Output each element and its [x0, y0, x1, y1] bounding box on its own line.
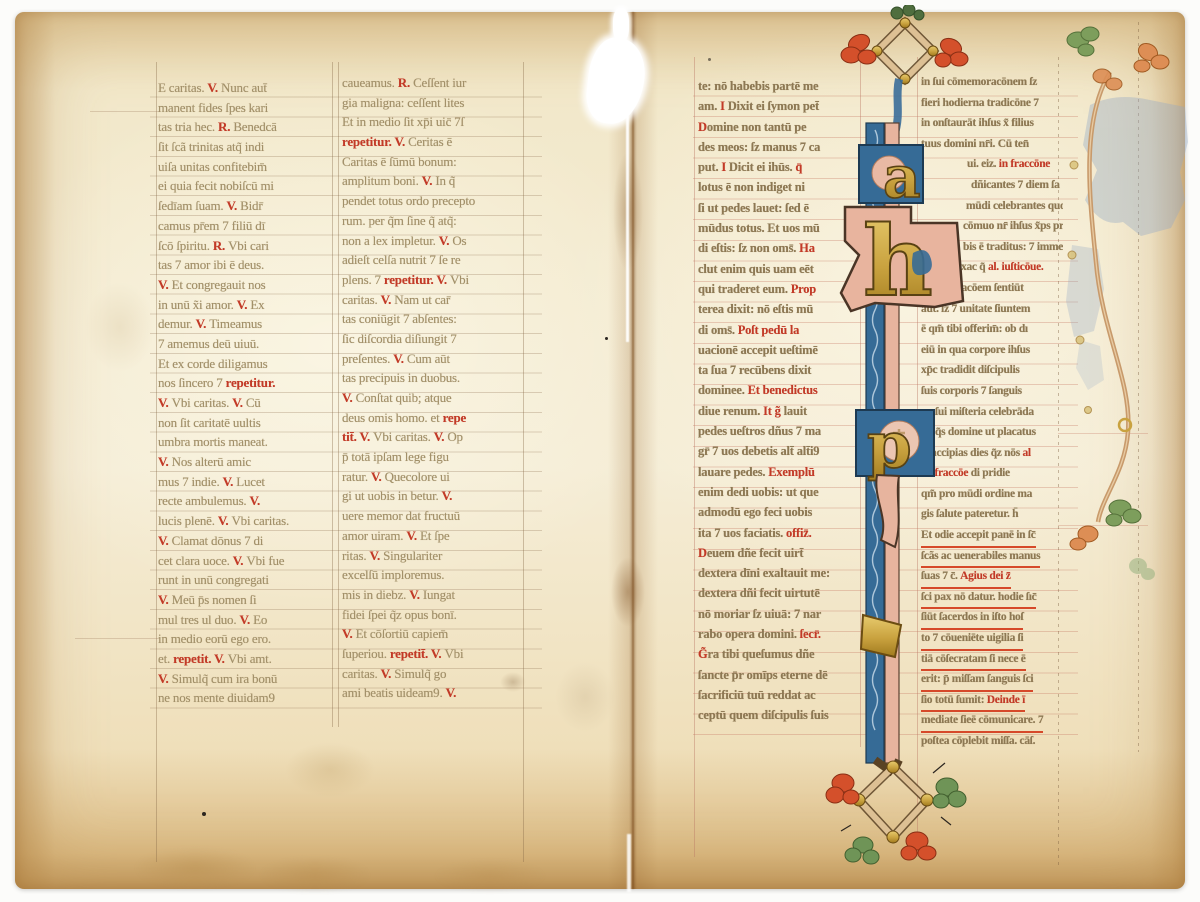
ink-speck [202, 812, 206, 816]
rubric-text: V. [239, 612, 253, 627]
leaf-green-top [891, 5, 924, 20]
ink-text: Dicit ei ihūs. [729, 160, 795, 174]
manuscript-text-line: deus omis homo. et repe [342, 408, 526, 428]
ink-text: uere memor dat fructuū [342, 508, 460, 523]
manuscript-text-line: caritas. V. Simulq̃ go [342, 664, 526, 684]
ink-text: ei quia fecit nobiſcū mi [158, 178, 274, 193]
rubric-text: V. [406, 528, 420, 543]
ink-text: tas precipuis in duobus. [342, 370, 460, 385]
ink-text: camus pr̄em 7 filiū dī [158, 218, 265, 233]
ink-text: Vbi caritas. [172, 395, 233, 410]
ink-text: Cum aūt [407, 351, 450, 366]
ink-text: enim dedi uobis: ut que [698, 485, 818, 499]
manuscript-text-line: ritas. V. Singulariter [342, 546, 526, 566]
ink-text: caueamus. [342, 75, 398, 90]
manuscript-text-line: non ſit caritatē uultis [158, 413, 334, 433]
ink-text: pendet totus ordo precepto [342, 193, 475, 208]
manuscript-text-line: amplitum boni. V. In q̃ [342, 171, 526, 191]
manuscript-text-line: manent fides ſpes kari [158, 98, 334, 118]
ink-text: diue renum. [698, 404, 763, 418]
ink-text: plens. 7 [342, 272, 384, 287]
ink-text: ſacrificiū tuū reddat ac [698, 688, 816, 702]
ink-text: gi ut uobis in betur. [342, 488, 442, 503]
rubric-text: V. [393, 351, 407, 366]
rubric-text: V. [422, 173, 436, 188]
ink-text: Vbi [450, 272, 469, 287]
manuscript-text-line: mis in diebz. V. Iungat [342, 585, 526, 605]
ink-text: ſcō ſpiritu. [158, 238, 213, 253]
ink-text: Cū [246, 395, 261, 410]
parchment-stain [260, 857, 370, 893]
rubric-text: repetitur. V. [342, 134, 408, 149]
manuscript-text-line: tas coniūgit 7 abſentes: [342, 309, 526, 329]
manuscript-text-line: ami beatis uideam9. V. [342, 683, 526, 703]
tear-streak-bottom [627, 834, 631, 892]
manuscript-text-line: gi ut uobis in betur. V. [342, 486, 526, 506]
manuscript-text-line: 7 amemus deū uiuū. [158, 334, 334, 354]
ink-text: Et in medio ſit xp̄i uic̄ 7ſ [342, 114, 464, 129]
manuscript-text-line: umbra mortis maneat. [158, 432, 334, 452]
manuscript-text-line: E caritas. V. Nunc aut̄ [158, 78, 334, 98]
rubric-text: Poſt pedū la [738, 323, 800, 337]
ink-text: ta ſua 7 recūbens dixit [698, 363, 811, 377]
rubric-text: V. [439, 233, 453, 248]
manuscript-text-line: nos ſincero 7 repetitur. [158, 373, 334, 393]
ink-text: umbra mortis maneat. [158, 434, 268, 449]
rubric-text: R. [213, 238, 228, 253]
ink-text: preſentes. [342, 351, 393, 366]
ink-text: Vbi [444, 646, 463, 661]
ink-text: dextera dīni exaltauit me: [698, 566, 830, 580]
manuscript-text-line: ratur. V. Quecolore ui [342, 467, 526, 487]
ink-text: Singulariter [383, 548, 442, 563]
ink-text: Bidr̄ [240, 198, 262, 213]
rubric-text: offiz̄. [786, 526, 812, 540]
scanned-manuscript-photo: E caritas. V. Nunc aut̄manent fides ſpes… [0, 0, 1200, 902]
manuscript-text-line: demur. V. Timeamus [158, 314, 334, 334]
ink-text: qui traderet eum. [698, 282, 791, 296]
manuscript-text-line: lucis plenē. V. Vbi caritas. [158, 511, 334, 531]
rubric-text: V. [158, 277, 172, 292]
ink-text: di eſtis: ſz non oms̄. [698, 241, 799, 255]
rubric-text: repetitur. V. [384, 272, 450, 287]
ink-text: deus omis homo. et [342, 410, 443, 425]
manuscript-text-line: excelſū imploremus. [342, 565, 526, 585]
ink-text: terea dixit: nō eſtis mū [698, 302, 813, 316]
manuscript-text-line: camus pr̄em 7 filiū dī [158, 216, 334, 236]
ink-text: lauare pedes. [698, 465, 768, 479]
rubric-text: Exemplū [768, 465, 815, 479]
manuscript-text-line: tas tria hec. R. Benedcā [158, 117, 334, 137]
tear-streak [626, 116, 629, 342]
rubric-text: V. [342, 390, 356, 405]
ink-text: lucis plenē. [158, 513, 218, 528]
ink-text: in unū x̃i amor. [158, 297, 237, 312]
ink-text: dextera dñi fecit uirtutē [698, 586, 820, 600]
ink-text: runt in unū congregati [158, 572, 269, 587]
ink-text: excelſū imploremus. [342, 567, 444, 582]
manuscript-text-line: ne nos mente diuidam9 [158, 688, 334, 708]
rubric-text: D [698, 546, 707, 560]
ink-text: gr̄ 7 uos debetis alt̄ alt̄i9 [698, 444, 819, 458]
trefoil-orange-bottomright [901, 832, 936, 860]
manuscript-text-line: cet clara uoce. V. Vbi fue [158, 551, 334, 571]
ink-text: Nos alterū amic [172, 454, 251, 469]
rubric-text: V. [196, 316, 210, 331]
manuscript-text-line: gia maligna: ceſſent lites [342, 93, 526, 113]
ink-text: Vbi caritas. [373, 429, 434, 444]
tear-hole-top [613, 8, 629, 42]
ink-text: recte ambulemus. [158, 493, 250, 508]
manuscript-text-line: tit̄. V. Vbi caritas. V. Op [342, 427, 526, 447]
ink-text: Lucet [236, 474, 265, 489]
ink-text: clut enim quis uam eēt [698, 262, 814, 276]
manuscript-text-line: V. Clamat dōnus 7 di [158, 531, 334, 551]
rubric-text: tit̄. V. [342, 429, 373, 444]
ink-text: tas tria hec. [158, 119, 218, 134]
ink-text: dominee. [698, 383, 748, 397]
initial-a: a [859, 143, 923, 211]
ink-text: nos ſincero 7 [158, 375, 226, 390]
ink-text: ritas. [342, 548, 369, 563]
ink-text: mūdus totus. Et uos mū [698, 221, 820, 235]
rubric-text: q̄ [795, 160, 802, 174]
text-column-left-1: E caritas. V. Nunc aut̄manent fides ſpes… [158, 78, 334, 708]
ink-text: Eo [253, 612, 267, 627]
rubric-text: I [721, 160, 729, 174]
bottom-finial [826, 760, 966, 864]
rubric-text: V. [342, 626, 356, 641]
parchment-stain [85, 282, 155, 372]
manuscript-text-line: V. Vbi caritas. V. Cū [158, 393, 334, 413]
manuscript-text-line: ſic diſcordia diſiungit 7 [342, 329, 526, 349]
rubric-text: Ha [799, 241, 815, 255]
manuscript-text-line: ei quia fecit nobiſcū mi [158, 176, 334, 196]
ink-text: pedes ueſtros dñus 7 ma [698, 424, 821, 438]
ink-text: am. [698, 99, 720, 113]
rubric-text: V. [158, 454, 172, 469]
ink-text: manent fides ſpes kari [158, 100, 268, 115]
manuscript-text-line: V. Nos alterū amic [158, 452, 334, 472]
ink-text: Os [452, 233, 466, 248]
ink-text: Quecolore ui [385, 469, 450, 484]
rubric-text: repetitur. [226, 375, 276, 390]
ink-text: Nunc aut̄ [221, 80, 267, 95]
manuscript-text-line: uere memor dat fructuū [342, 506, 526, 526]
ink-text: nō moriar ſz uiuā: 7 nar [698, 607, 821, 621]
vine-leaf-orange-low [1070, 526, 1098, 550]
manuscript-text-line: repetitur. V. Ceritas ē [342, 132, 526, 152]
manuscript-text-line: p̄ totā ipſam lege figu [342, 447, 526, 467]
ink-text: Vbi amt. [228, 651, 272, 666]
ink-text: Benedcā [233, 119, 276, 134]
rubric-text: It g̃ [763, 404, 784, 418]
rubric-text: V. [158, 592, 172, 607]
ink-text: euem dñe fecit uirt̄ [707, 546, 804, 560]
ink-text: Vbi fue [246, 553, 284, 568]
manuscript-text-line: rum. per q̃m ſine q̃ atq̃: [342, 211, 526, 231]
manuscript-text-line: Et in medio ſit xp̄i uic̄ 7ſ [342, 112, 526, 132]
ink-text: non ſit caritatē uultis [158, 415, 261, 430]
manuscript-text-line: recte ambulemus. V. [158, 491, 334, 511]
vine-leaf-orange-ne [1134, 40, 1169, 72]
rubric-text: V. [158, 671, 172, 686]
ink-text: ſuperiou. [342, 646, 390, 661]
margin-vine [1030, 10, 1200, 600]
parchment-stain [285, 742, 375, 797]
ink-text: ſi ut pedes lauet: ſed ē [698, 201, 809, 215]
rubric-text: V. [233, 553, 247, 568]
ruling-extension [90, 111, 160, 112]
ink-text: omine non tantū pe [707, 120, 807, 134]
ruling-vertical [338, 62, 339, 727]
ink-text: Timeamus [209, 316, 262, 331]
ink-text: Dixit ei ſymon pet̄ [728, 99, 819, 113]
manuscript-text-line: runt in unū congregati [158, 570, 334, 590]
svg-text:a: a [883, 143, 921, 211]
rubric-text: V. [232, 395, 246, 410]
ink-text: caritas. [342, 292, 381, 307]
manuscript-text-line: ſcō ſpiritu. R. Vbi cari [158, 236, 334, 256]
manuscript-text-line: Caritas ē ſūmū bonum: [342, 152, 526, 172]
rubric-text: I [720, 99, 728, 113]
rubric-text: Prop [791, 282, 816, 296]
ink-text: Simulq̃ cum ira bonū [172, 671, 278, 686]
ink-text: 7 amemus deū uiuū. [158, 336, 259, 351]
top-finial [841, 5, 968, 133]
ink-text: lotus ē non indiget ni [698, 180, 805, 194]
manuscript-text-line: tas 7 amor ibi ē deus. [158, 255, 334, 275]
vine-leaf-green-low [1106, 500, 1141, 526]
ink-text: amplitum boni. [342, 173, 422, 188]
ink-text: Iungat [423, 587, 455, 602]
illuminated-bar: a h p [815, 5, 1015, 885]
manuscript-text-line: V. Simulq̃ cum ira bonū [158, 669, 334, 689]
ink-text: ratur. [342, 469, 371, 484]
manuscript-text-line: ſedīam ſuam. V. Bidr̄ [158, 196, 334, 216]
rubric-text: V. [409, 587, 423, 602]
manuscript-text-line: pendet totus ordo precepto [342, 191, 526, 211]
ink-text: ſedīam ſuam. [158, 198, 227, 213]
manuscript-text-line: uiſa unitas confitebim̄ [158, 157, 334, 177]
ink-text: ami beatis uideam9. [342, 685, 446, 700]
ink-text: uiſa unitas confitebim̄ [158, 159, 267, 174]
rubric-text: D [698, 120, 707, 134]
ink-text: In q̃ [435, 173, 455, 188]
fold-line [632, 12, 634, 889]
vine-leaf-green-faint [1129, 558, 1155, 580]
svg-text:p: p [867, 408, 912, 483]
bifolium-parchment: E caritas. V. Nunc aut̄manent fides ſpes… [15, 12, 1185, 889]
manuscript-text-line: V. Meū p̄s nomen ſi [158, 590, 334, 610]
rubric-text: repetit. V. [173, 651, 228, 666]
rubric-text: V. [381, 666, 395, 681]
ink-text: Et ex corde diligamus [158, 356, 268, 371]
manuscript-text-line: ſuperiou. repetit̄. V. Vbi [342, 644, 526, 664]
rubric-text: V. [227, 198, 241, 213]
ink-text: Simulq̃ go [394, 666, 446, 681]
manuscript-text-line: fidei ſpei q̃z opus bonī. [342, 605, 526, 625]
ink-text: ita 7 uos faciatis. [698, 526, 786, 540]
manuscript-text-line: ſit ſcã trinitas atq̃ indi [158, 137, 334, 157]
rubric-text: V. [434, 429, 448, 444]
ink-text: Vbi cari [228, 238, 269, 253]
ink-text: rabo opera domini. [698, 627, 800, 641]
manuscript-text-line: et. repetit. V. Vbi amt. [158, 649, 334, 669]
manuscript-text-line: mul tres ul duo. V. Eo [158, 610, 334, 630]
ink-text: tas 7 amor ibi ē deus. [158, 257, 264, 272]
vine-leaf-orange-mid [1093, 69, 1122, 90]
ink-text: Op [447, 429, 463, 444]
ink-text: put. [698, 160, 721, 174]
ink-text: des meos: ſz manus 7 ca [698, 140, 820, 154]
ruling-vertical [694, 57, 695, 857]
rubric-text: R. [218, 119, 233, 134]
ink-text: Ceritas ē [408, 134, 452, 149]
manuscript-text-line: in unū x̃i amor. V. Ex [158, 295, 334, 315]
ink-text: Et cōſortiū capiem̄ [356, 626, 448, 641]
rubric-text: V. [250, 493, 261, 508]
rubric-text: repetit̄. V. [390, 646, 445, 661]
ink-text: in medio eorū ego ero. [158, 631, 271, 646]
manuscript-text-line: in medio eorū ego ero. [158, 629, 334, 649]
rubric-text: V. [381, 292, 395, 307]
ink-text: adieſt celſa nutrit 7 ſe re [342, 252, 460, 267]
manuscript-text-line: caueamus. R. Ceſſent iur [342, 73, 526, 93]
manuscript-text-line: mus 7 indie. V. Lucet [158, 472, 334, 492]
ink-text: te: nō habebis partē me [698, 79, 818, 93]
initial-h: h [841, 205, 963, 318]
trefoil-green-bottomleft [845, 837, 879, 864]
left-leaf-edge-shading [15, 12, 55, 889]
ink-text: Caritas ē ſūmū bonum: [342, 154, 457, 169]
manuscript-text-line: tas precipuis in duobus. [342, 368, 526, 388]
ink-text: ſancte p̄r omīps eterne dē [698, 668, 827, 682]
ink-text: ra tibi queſumus dñe [708, 647, 815, 661]
text-column-left-2: caueamus. R. Ceſſent iurgia maligna: ceſ… [342, 73, 526, 703]
trefoil-red-right [935, 35, 968, 67]
ink-text: lauit [784, 404, 807, 418]
ink-text: fidei ſpei q̃z opus bonī. [342, 607, 457, 622]
trefoil-red-left [841, 31, 876, 64]
ink-speck [708, 58, 711, 61]
manuscript-text-line: V. Et cōſortiū capiem̄ [342, 624, 526, 644]
parchment-stain [555, 662, 615, 732]
rubric-text: V. [223, 474, 237, 489]
manuscript-text-line: preſentes. V. Cum aūt [342, 349, 526, 369]
rubric-text: V. [158, 395, 172, 410]
vine-leaf-green-top [1067, 27, 1099, 56]
ink-text: rum. per q̃m ſine q̃ atq̃: [342, 213, 457, 228]
parchment-stain [135, 847, 255, 889]
manuscript-text-line: V. Et congregauit nos [158, 275, 334, 295]
ink-text: demur. [158, 316, 196, 331]
ink-text: ſic diſcordia diſiungit 7 [342, 331, 457, 346]
ink-text: mis in diebz. [342, 587, 409, 602]
ink-text: Meū p̄s nomen ſi [172, 592, 257, 607]
manuscript-text-line: caritas. V. Nam ut car̄ [342, 290, 526, 310]
rubric-text: V. [218, 513, 232, 528]
parchment-stain [435, 860, 545, 892]
rubric-text: V. [446, 685, 457, 700]
ink-text: ſit ſcã trinitas atq̃ indi [158, 139, 264, 154]
trefoil-green-right [933, 778, 966, 808]
rubric-text: Et benedictus [748, 383, 818, 397]
ink-text: gia maligna: ceſſent lites [342, 95, 464, 110]
rubric-text: R. [398, 75, 413, 90]
manuscript-text-line: plens. 7 repetitur. V. Vbi [342, 270, 526, 290]
ink-text: Ceſſent iur [413, 75, 466, 90]
rubric-text: G̃ [698, 647, 708, 661]
ink-text: et. [158, 651, 173, 666]
ink-text: caritas. [342, 666, 381, 681]
ink-text: Et congregauit nos [172, 277, 266, 292]
manuscript-text-line: adieſt celſa nutrit 7 ſe re [342, 250, 526, 270]
ink-text: tas coniūgit 7 abſentes: [342, 311, 457, 326]
ink-text: mus 7 indie. [158, 474, 223, 489]
ink-text: Conſtat quib; atque [356, 390, 452, 405]
ink-text: cet clara uoce. [158, 553, 233, 568]
rubric-text: repe [443, 410, 467, 425]
ink-text: mul tres ul duo. [158, 612, 239, 627]
rubric-text: V. [207, 80, 221, 95]
ink-text: Nam ut car̄ [394, 292, 450, 307]
manuscript-text-line: non a lex impletur. V. Os [342, 231, 526, 251]
rubric-text: V. [369, 548, 383, 563]
manuscript-text-line: Et ex corde diligamus [158, 354, 334, 374]
ink-text: ne nos mente diuidam9 [158, 690, 275, 705]
trefoil-orange-left [826, 774, 859, 804]
vine-ghost-blue [1066, 97, 1188, 390]
ink-text: Et ſpe [420, 528, 450, 543]
manuscript-text-line: V. Conſtat quib; atque [342, 388, 526, 408]
ruling-extension [75, 638, 160, 639]
ink-text: E caritas. [158, 80, 207, 95]
rubric-text: V. [237, 297, 251, 312]
ink-text: admodū ego feci uobis [698, 505, 812, 519]
manuscript-text-line: amor uiram. V. Et ſpe [342, 526, 526, 546]
ink-text: ceptū quem diſcipulis ſuis [698, 708, 829, 722]
ink-text: di oms̄. [698, 323, 738, 337]
ink-text: Ex [250, 297, 264, 312]
ruling-vertical [156, 62, 157, 862]
ink-text: non a lex impletur. [342, 233, 439, 248]
ink-text: p̄ totā ipſam lege figu [342, 449, 449, 464]
rubric-text: V. [442, 488, 453, 503]
rubric-text: V. [371, 469, 385, 484]
ink-text: amor uiram. [342, 528, 406, 543]
rubric-text: V. [158, 533, 172, 548]
ink-text: Clamat dōnus 7 di [172, 533, 264, 548]
ink-text: Vbi caritas. [231, 513, 289, 528]
ink-text: uacionē accepit ueſtimē [698, 343, 818, 357]
